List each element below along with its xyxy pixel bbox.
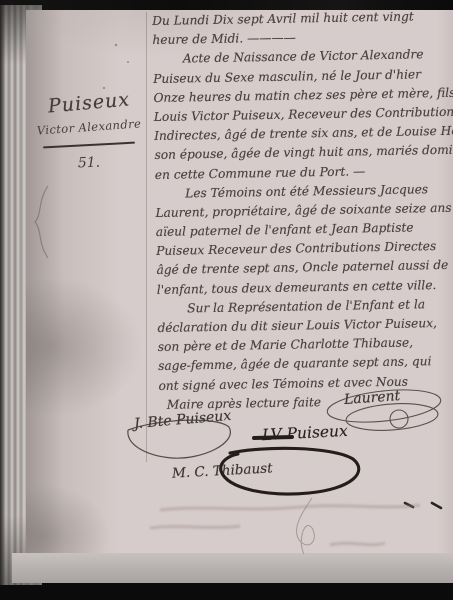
register-page-scan: Puiseux Victor Alexandre 51. Du Lundi Di… [0,0,453,600]
lv-puiseux-bold-stroke [254,437,292,438]
ink-flourishes-overlay [0,0,453,600]
laurent-paraph-flourish [326,385,443,433]
paper-specks [103,44,129,89]
jb-puiseux-flourish [128,420,231,458]
margin-brace-mark [35,186,48,258]
bleedthrough-ghost-text [150,505,420,545]
lv-puiseux-paraph [221,448,359,494]
